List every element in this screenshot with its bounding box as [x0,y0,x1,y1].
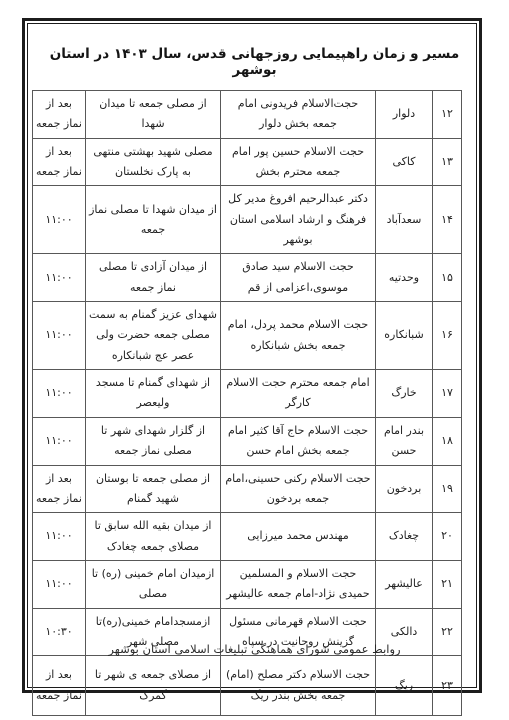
table-row: ۱۳ کاکی حجت الاسلام حسین پور امام جمعه م… [33,138,462,186]
imam-name-cell: حجت الاسلام دکتر مصلح (امام) جمعه بخش بن… [221,656,376,716]
city-cell: ریگ [376,656,433,716]
row-number-cell: ۱۲ [433,91,462,139]
route-cell: از میدان بقیه الله سابق تا مصلای جمعه چغ… [86,513,221,561]
imam-name-cell: دکتر عبدالرحیم افروغ مدیر کل فرهنگ و ارش… [221,186,376,254]
city-cell: بندر امام حسن [376,417,433,465]
table-row: ۱۷ خارگ امام جمعه محترم حجت الاسلام کارگ… [33,370,462,418]
route-cell: از میدان آزادی تا مصلی نماز جمعه [86,254,221,302]
row-number-cell: ۱۸ [433,417,462,465]
time-cell: ۱۱:۰۰ [33,417,86,465]
row-number-cell: ۱۴ [433,186,462,254]
document-page: مسیر و زمان راهپیمایی روزجهانی قدس، سال … [0,0,509,720]
city-cell: چغادک [376,513,433,561]
route-cell: ازمیدان امام خمینی (ره) تا مصلی [86,560,221,608]
city-cell: خارگ [376,370,433,418]
time-cell: بعد از نماز جمعه [33,138,86,186]
table-row: ۱۹ بردخون حجت الاسلام رکنی حسینی،امام جم… [33,465,462,513]
row-number-cell: ۲۰ [433,513,462,561]
imam-name-cell: حجت الاسلام حسین پور امام جمعه محترم بخش [221,138,376,186]
route-cell: از شهدای گمنام تا مسجد ولیعصر [86,370,221,418]
city-cell: بردخون [376,465,433,513]
route-cell: از مصلای جمعه ی شهر تا گمرک [86,656,221,716]
row-number-cell: ۱۷ [433,370,462,418]
time-cell: بعد از نماز جمعه [33,91,86,139]
row-number-cell: ۱۵ [433,254,462,302]
imam-name-cell: امام جمعه محترم حجت الاسلام کارگر [221,370,376,418]
table-row: ۲۰ چغادک مهندس محمد میرزایی از میدان بقی… [33,513,462,561]
row-number-cell: ۱۹ [433,465,462,513]
row-number-cell: ۲۱ [433,560,462,608]
city-cell: عالیشهر [376,560,433,608]
imam-name-cell: حجت الاسلام و المسلمین حمیدی نژاد-امام ج… [221,560,376,608]
schedule-table: ۱۲ دلوار حجت‌الاسلام فریدونی امام جمعه ب… [32,90,462,716]
table-row: ۱۶ شبانکاره حجت الاسلام محمد پردل، امام … [33,302,462,370]
row-number-cell: ۱۶ [433,302,462,370]
table-row: ۱۸ بندر امام حسن حجت الاسلام حاج آقا کثی… [33,417,462,465]
table-row: ۲۱ عالیشهر حجت الاسلام و المسلمین حمیدی … [33,560,462,608]
city-cell: شبانکاره [376,302,433,370]
time-cell: بعد از نماز جمعه [33,465,86,513]
row-number-cell: ۲۳ [433,656,462,716]
document-footer: روابط عمومی شورای هماهنگی تبلیغات اسلامی… [30,642,479,656]
route-cell: از گلزار شهدای شهر تا مصلی نماز جمعه [86,417,221,465]
route-cell: از میدان شهدا تا مصلی نماز جمعه [86,186,221,254]
route-cell: از مصلی جمعه تا میدان شهدا [86,91,221,139]
time-cell: ۱۱:۰۰ [33,513,86,561]
city-cell: وحدتیه [376,254,433,302]
time-cell: ۱۱:۰۰ [33,302,86,370]
route-cell: از مصلی جمعه تا بوستان شهید گمنام [86,465,221,513]
imam-name-cell: حجت الاسلام حاج آقا کثیر امام جمعه بخش ا… [221,417,376,465]
route-cell: شهدای عزیز گمنام به سمت مصلی جمعه حضرت و… [86,302,221,370]
table-row: ۲۳ ریگ حجت الاسلام دکتر مصلح (امام) جمعه… [33,656,462,716]
document-title: مسیر و زمان راهپیمایی روزجهانی قدس، سال … [30,46,479,78]
imam-name-cell: حجت الاسلام سید صادق موسوی،اعزامی از قم [221,254,376,302]
time-cell: بعد از نماز جمعه [33,656,86,716]
city-cell: دلوار [376,91,433,139]
row-number-cell: ۱۳ [433,138,462,186]
time-cell: ۱۱:۰۰ [33,370,86,418]
time-cell: ۱۱:۰۰ [33,560,86,608]
city-cell: کاکی [376,138,433,186]
time-cell: ۱۱:۰۰ [33,186,86,254]
table-row: ۱۲ دلوار حجت‌الاسلام فریدونی امام جمعه ب… [33,91,462,139]
imam-name-cell: حجت الاسلام محمد پردل، امام جمعه بخش شبا… [221,302,376,370]
imam-name-cell: حجت‌الاسلام فریدونی امام جمعه بخش دلوار [221,91,376,139]
imam-name-cell: حجت الاسلام رکنی حسینی،امام جمعه بردخون [221,465,376,513]
imam-name-cell: مهندس محمد میرزایی [221,513,376,561]
table-row: ۱۵ وحدتیه حجت الاسلام سید صادق موسوی،اعز… [33,254,462,302]
schedule-table-container: ۱۲ دلوار حجت‌الاسلام فریدونی امام جمعه ب… [60,90,462,716]
table-row: ۱۴ سعدآباد دکتر عبدالرحیم افروغ مدیر کل … [33,186,462,254]
city-cell: سعدآباد [376,186,433,254]
time-cell: ۱۱:۰۰ [33,254,86,302]
route-cell: مصلی شهید بهشتی منتهی به پارک نخلستان [86,138,221,186]
